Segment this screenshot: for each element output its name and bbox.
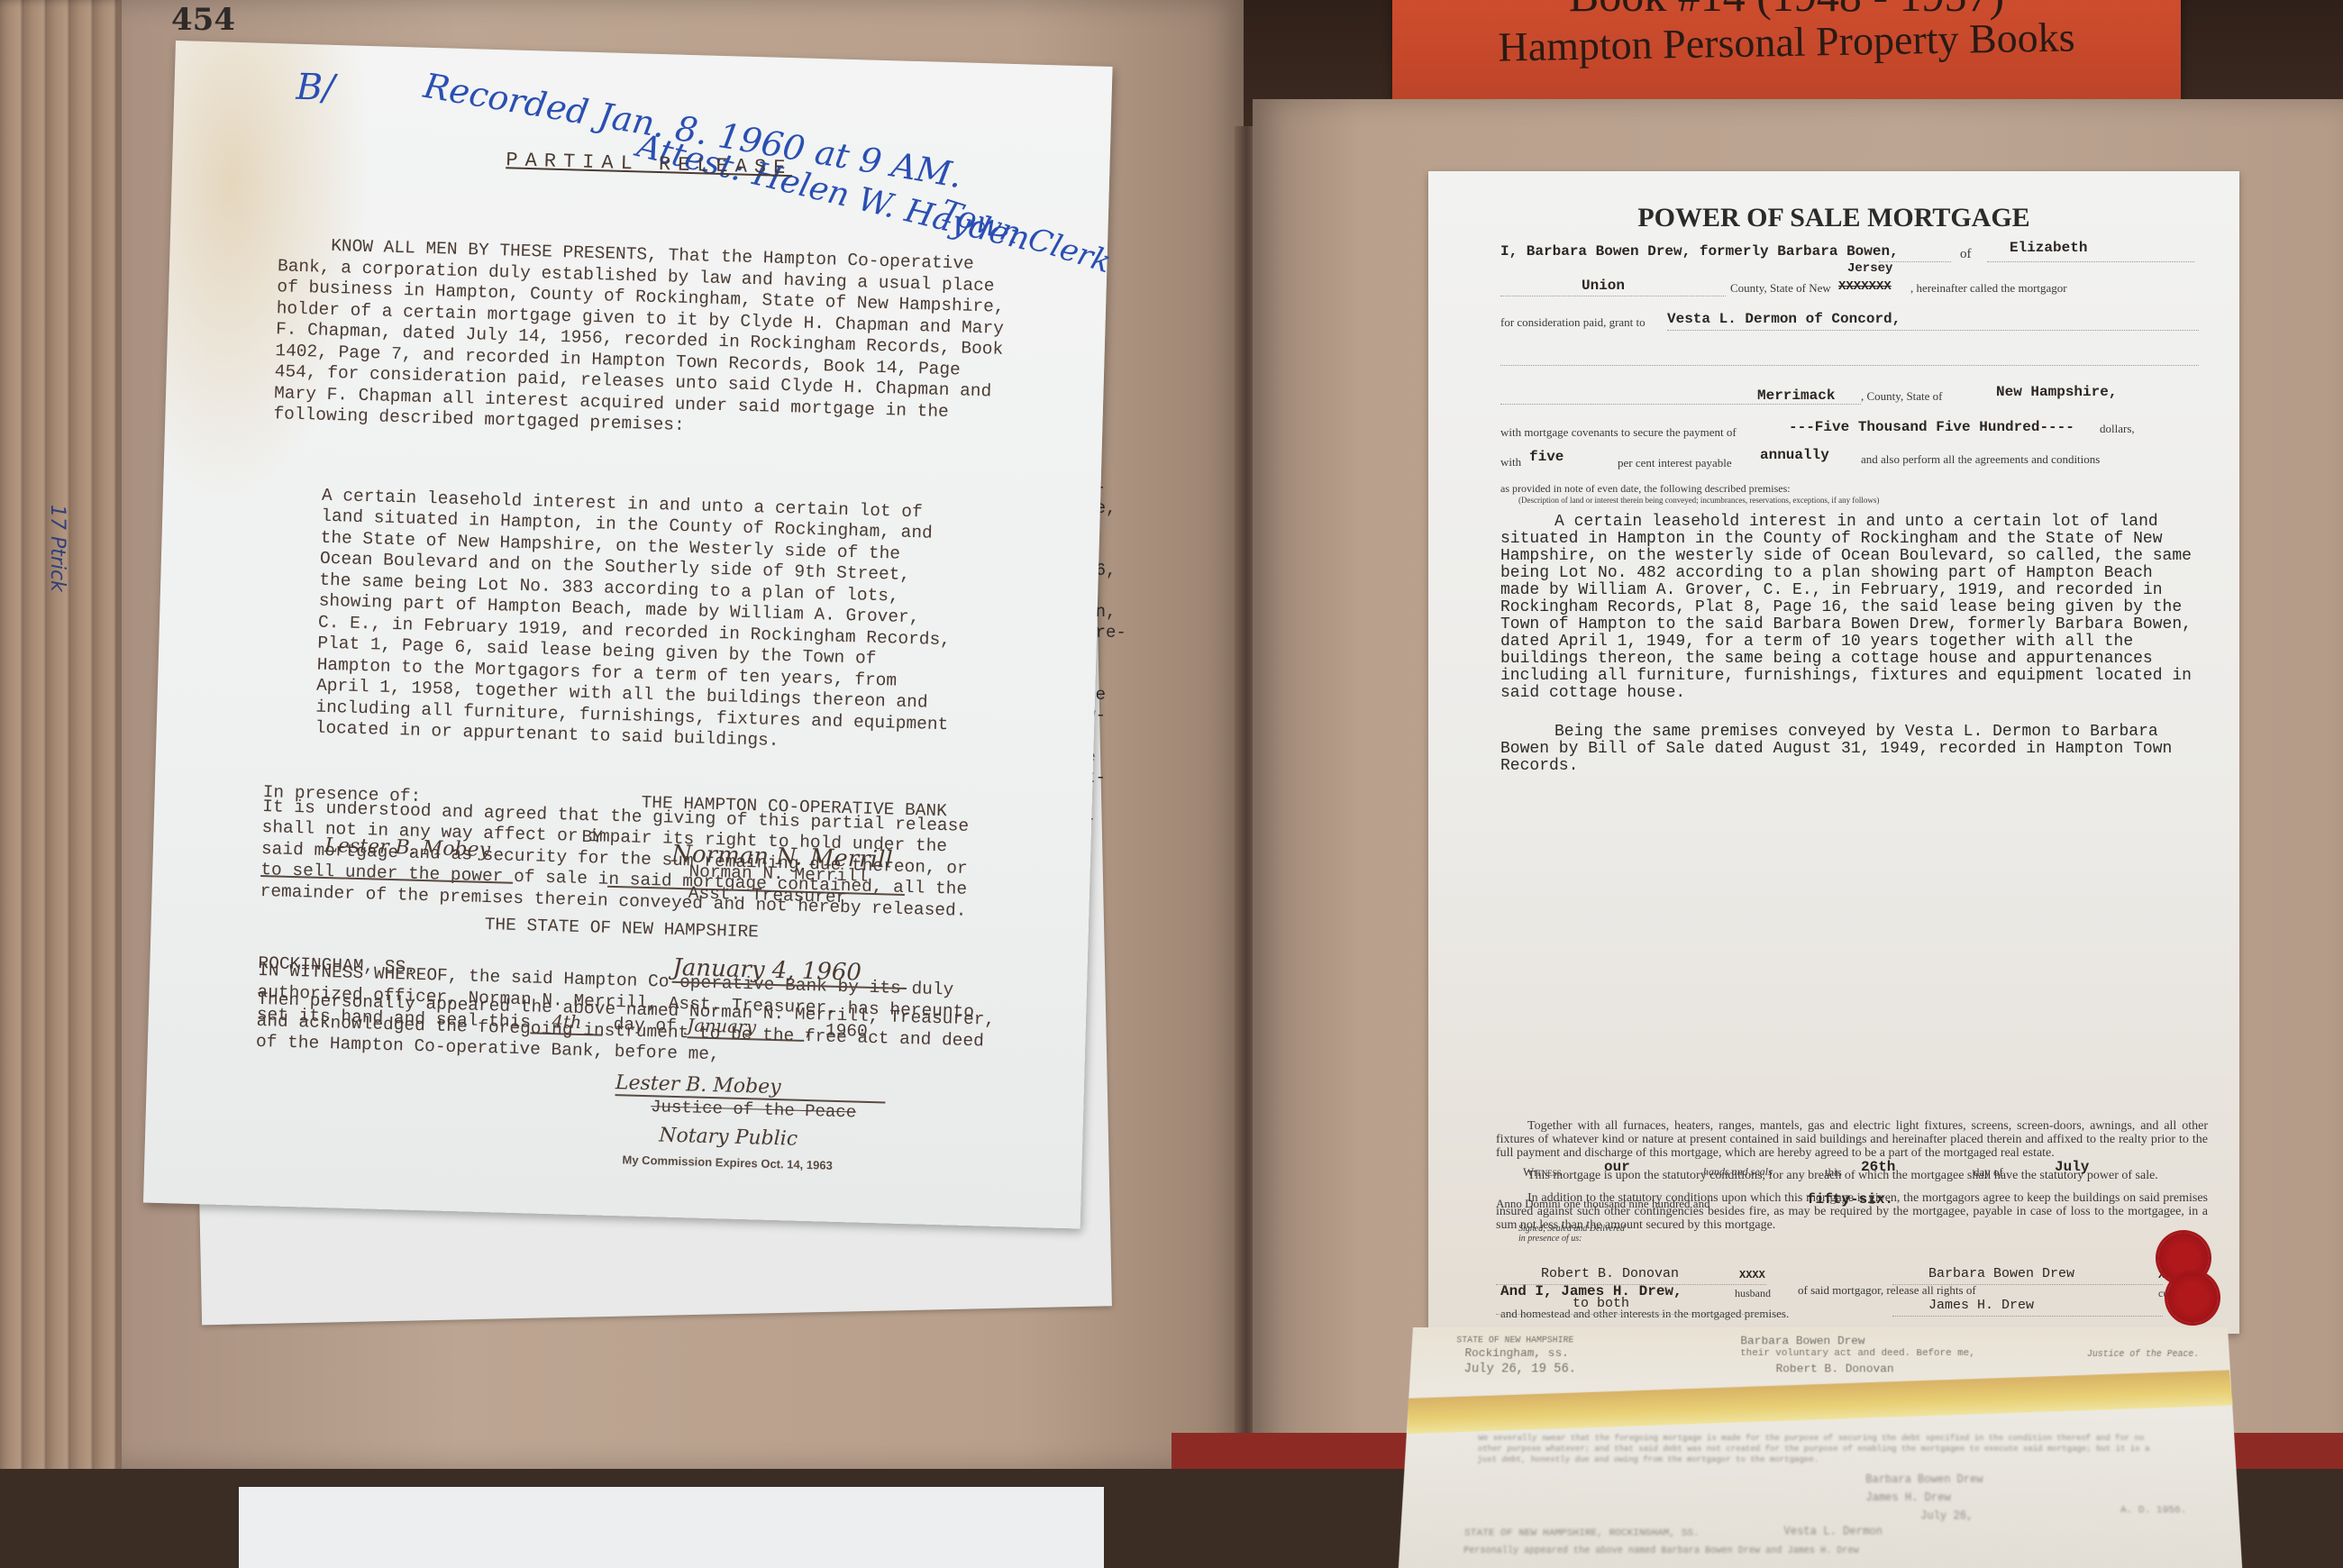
- wax-seal: [2167, 1272, 2218, 1323]
- loose-sheet-bottom: [239, 1487, 1104, 1568]
- notary-commission: My Commission Expires Oct. 14, 1963: [622, 1153, 833, 1172]
- witness-signature-line: Lester B. Mobey: [260, 813, 515, 884]
- mortgage-printed-conditions: Together with all furnaces, heaters, ran…: [1496, 1119, 2208, 1241]
- signer-name: James H. Drew: [1928, 1298, 2034, 1313]
- release-signature-block: In presence of: THE HAMPTON CO-OPERATIVE…: [259, 782, 1038, 982]
- power-of-sale-mortgage-document: POWER OF SALE MORTGAGE I, Barbara Bowen …: [1428, 171, 2239, 1334]
- partial-release-document: B/ Recorded Jan. 8. 1960 at 9 AM. Attest…: [143, 41, 1113, 1229]
- adhesive-tape: [1408, 1370, 2233, 1434]
- left-page-stack: 17 Ptrick: [0, 0, 126, 1478]
- signer-name: Barbara Bowen Drew: [1928, 1266, 2074, 1281]
- book-label-line2: Hampton Personal Property Books: [1392, 11, 2182, 73]
- notary-block: Lester B. Mobey Justice of the Peace Not…: [614, 1071, 886, 1153]
- handwritten-initial: B/: [296, 67, 335, 109]
- margin-handwritten-note: 17 Ptrick: [46, 505, 68, 592]
- mortgage-premises-description: A certain leasehold interest in and unto…: [1500, 514, 2194, 797]
- witness-name: Robert B. Donovan: [1541, 1266, 1679, 1281]
- page-number: 454: [171, 2, 235, 38]
- folded-acknowledgment-flap: STATE OF NEW HAMPSHIRE Rockingham, ss. J…: [1399, 1327, 2243, 1568]
- release-paragraph: KNOW ALL MEN BY THESE PRESENTS, That the…: [273, 234, 1006, 445]
- release-premises-paragraph: A certain leasehold interest in and unto…: [264, 484, 998, 758]
- covenants-label: with mortgage covenants to secure the pa…: [1500, 425, 1737, 440]
- mortgage-title: POWER OF SALE MORTGAGE: [1428, 203, 2239, 233]
